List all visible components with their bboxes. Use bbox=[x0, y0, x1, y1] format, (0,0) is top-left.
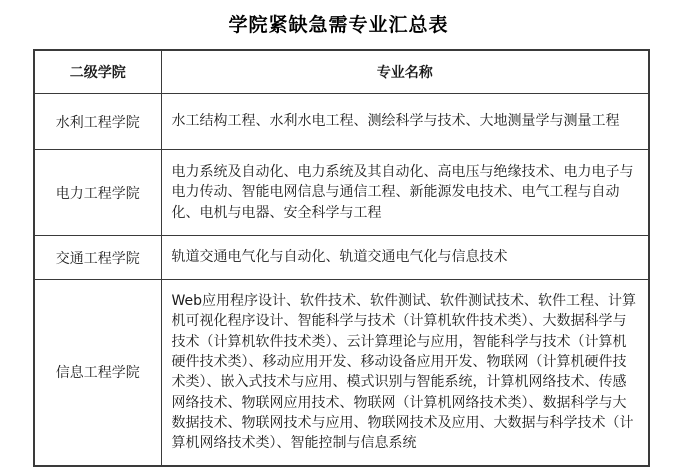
college-cell: 水利工程学院 bbox=[34, 94, 161, 150]
table-row: 交通工程学院 轨道交通电气化与自动化、轨道交通电气化与信息技术 bbox=[34, 236, 649, 280]
majors-cell: 电力系统及自动化、电力系统及其自动化、高电压与绝缘技术、电力电子与电力传动、智能… bbox=[161, 150, 649, 236]
header-majors-column: 专业名称 bbox=[161, 50, 649, 94]
majors-cell: Web应用程序设计、软件技术、软件测试、软件测试技术、软件工程、计算机可视化程序… bbox=[161, 280, 649, 466]
majors-summary-table: 二级学院 专业名称 水利工程学院 水工结构工程、水利水电工程、测绘科学与技术、大… bbox=[33, 49, 650, 467]
page-title: 学院紧缺急需专业汇总表 bbox=[0, 0, 677, 37]
college-cell: 交通工程学院 bbox=[34, 236, 161, 280]
majors-cell: 水工结构工程、水利水电工程、测绘科学与技术、大地测量学与测量工程 bbox=[161, 94, 649, 150]
majors-cell: 轨道交通电气化与自动化、轨道交通电气化与信息技术 bbox=[161, 236, 649, 280]
table-row: 水利工程学院 水工结构工程、水利水电工程、测绘科学与技术、大地测量学与测量工程 bbox=[34, 94, 649, 150]
table-row: 电力工程学院 电力系统及自动化、电力系统及其自动化、高电压与绝缘技术、电力电子与… bbox=[34, 150, 649, 236]
college-cell: 信息工程学院 bbox=[34, 280, 161, 466]
header-college-column: 二级学院 bbox=[34, 50, 161, 94]
document-page: 学院紧缺急需专业汇总表 二级学院 专业名称 水利工程学院 水工结构工程、水利水电… bbox=[0, 0, 677, 467]
table-header-row: 二级学院 专业名称 bbox=[34, 50, 649, 94]
table-row: 信息工程学院 Web应用程序设计、软件技术、软件测试、软件测试技术、软件工程、计… bbox=[34, 280, 649, 466]
college-cell: 电力工程学院 bbox=[34, 150, 161, 236]
